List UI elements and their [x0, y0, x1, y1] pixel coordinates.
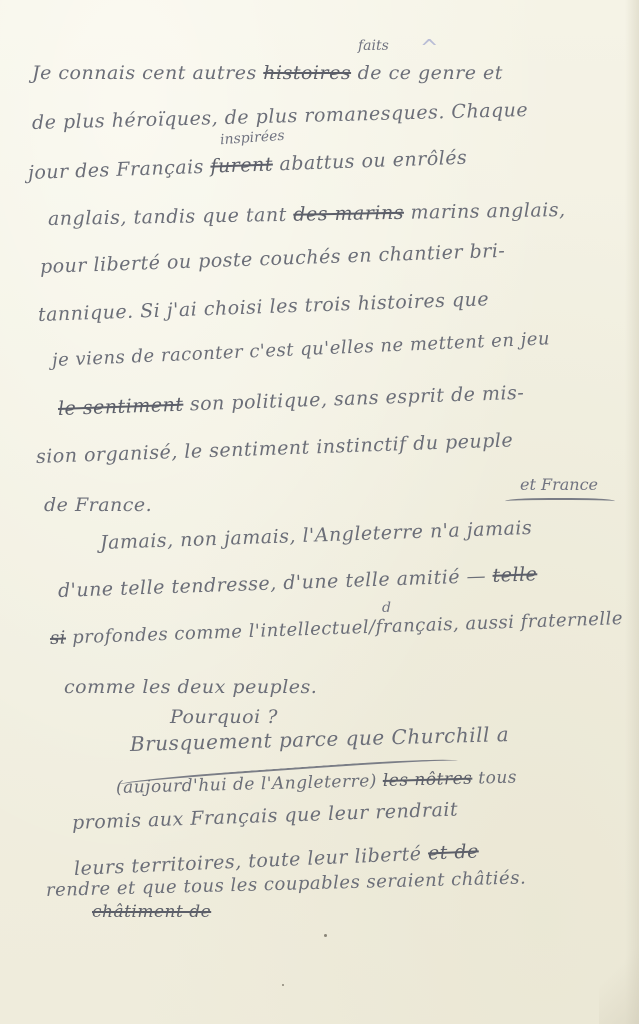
manuscript-line: châtiment de — [92, 902, 211, 922]
paper-fold-edge — [625, 0, 639, 1024]
line-text: son politique, sans esprit de mis- — [190, 382, 525, 416]
line-text: profondes comme l'intellectuel/français,… — [72, 608, 624, 648]
line-text: sion organisé, le sentiment instinctif d… — [36, 429, 514, 468]
manuscript-line: Pourquoi ? — [170, 706, 278, 728]
manuscript-line: jour des Français furent abattus ou enrô… — [28, 147, 468, 184]
line-text: Pourquoi ? — [170, 706, 278, 728]
line-text: abattus ou enrôlés — [279, 147, 468, 176]
line-text: je viens de raconter c'est qu'elles ne m… — [52, 328, 551, 371]
line-text: rendre et que — [46, 877, 178, 901]
manuscript-line: comme les deux peuples. — [64, 676, 317, 698]
struck-text: et de — [428, 840, 480, 864]
struck-text: furent — [210, 153, 273, 177]
line-text: jour des Français — [28, 156, 205, 184]
insertion-text: d — [382, 600, 391, 616]
line-text: tannique. Si j'ai choisi les trois histo… — [38, 288, 490, 326]
paper-speck — [282, 984, 284, 986]
line-text: pour liberté ou poste couchés en chantie… — [40, 240, 506, 278]
struck-text: si — [50, 627, 67, 649]
manuscript-line: le sentiment son politique, sans esprit … — [58, 382, 525, 420]
struck-text: le sentiment — [58, 394, 184, 420]
struck-text: telle — [492, 563, 538, 587]
insertion-text: et France — [520, 475, 598, 494]
manuscript-line: sion organisé, le sentiment instinctif d… — [36, 429, 514, 468]
struck-text: les nôtres — [383, 769, 473, 791]
manuscript-line: pour liberté ou poste couchés en chantie… — [40, 240, 506, 278]
manuscript-line: tannique. Si j'ai choisi les trois histo… — [38, 288, 490, 326]
pencil-caret-mark: ^ — [420, 36, 438, 61]
manuscript-line: je viens de raconter c'est qu'elles ne m… — [52, 328, 551, 371]
manuscript-line: si profondes comme l'intellectuel/frança… — [50, 608, 624, 649]
struck-text: châtiment de — [92, 902, 211, 922]
manuscript-page: ^ faits inspirées et France d Je connais… — [0, 0, 639, 1024]
manuscript-line: Je connais cent autres histoires de ce g… — [32, 62, 503, 84]
line-text: Je connais cent autres — [32, 62, 257, 84]
line-text: leur rendrait — [328, 799, 459, 826]
line-text: de ce genre et — [358, 62, 503, 84]
struck-text: histoires — [263, 62, 351, 84]
manuscript-line: (aujourd'hui de l'Angleterre) les nôtres… — [116, 768, 518, 798]
insertion-bracket — [505, 498, 615, 506]
line-text: (aujourd'hui de l'Angleterre) — [116, 771, 377, 798]
struck-text: des marins — [293, 202, 404, 226]
line-text: de France. — [44, 494, 152, 516]
line-text: d'une telle tendresse, d'une telle amiti… — [58, 565, 487, 602]
line-text: anglais, tandis que tant — [48, 204, 287, 230]
manuscript-line: de France. — [44, 494, 152, 516]
line-text: comme les deux peuples. — [64, 676, 317, 698]
manuscript-line: d'une telle tendresse, d'une telle amiti… — [58, 563, 538, 602]
line-text: marins anglais, — [410, 199, 565, 224]
paper-corner-crease — [599, 904, 639, 1024]
manuscript-line: anglais, tandis que tant des marins mari… — [48, 199, 566, 230]
paper-speck — [324, 934, 327, 937]
line-text: promis aux Français que — [72, 803, 322, 834]
line-text: Jamais, non jamais, l'Angleterre n'a jam… — [100, 517, 533, 554]
manuscript-line: Jamais, non jamais, l'Angleterre n'a jam… — [100, 517, 533, 554]
insertion-text: faits — [358, 38, 389, 54]
manuscript-line: promis aux Français que leur rendrait — [72, 799, 459, 834]
insertion-text: inspirées — [220, 128, 286, 148]
line-text: tous — [478, 768, 517, 789]
